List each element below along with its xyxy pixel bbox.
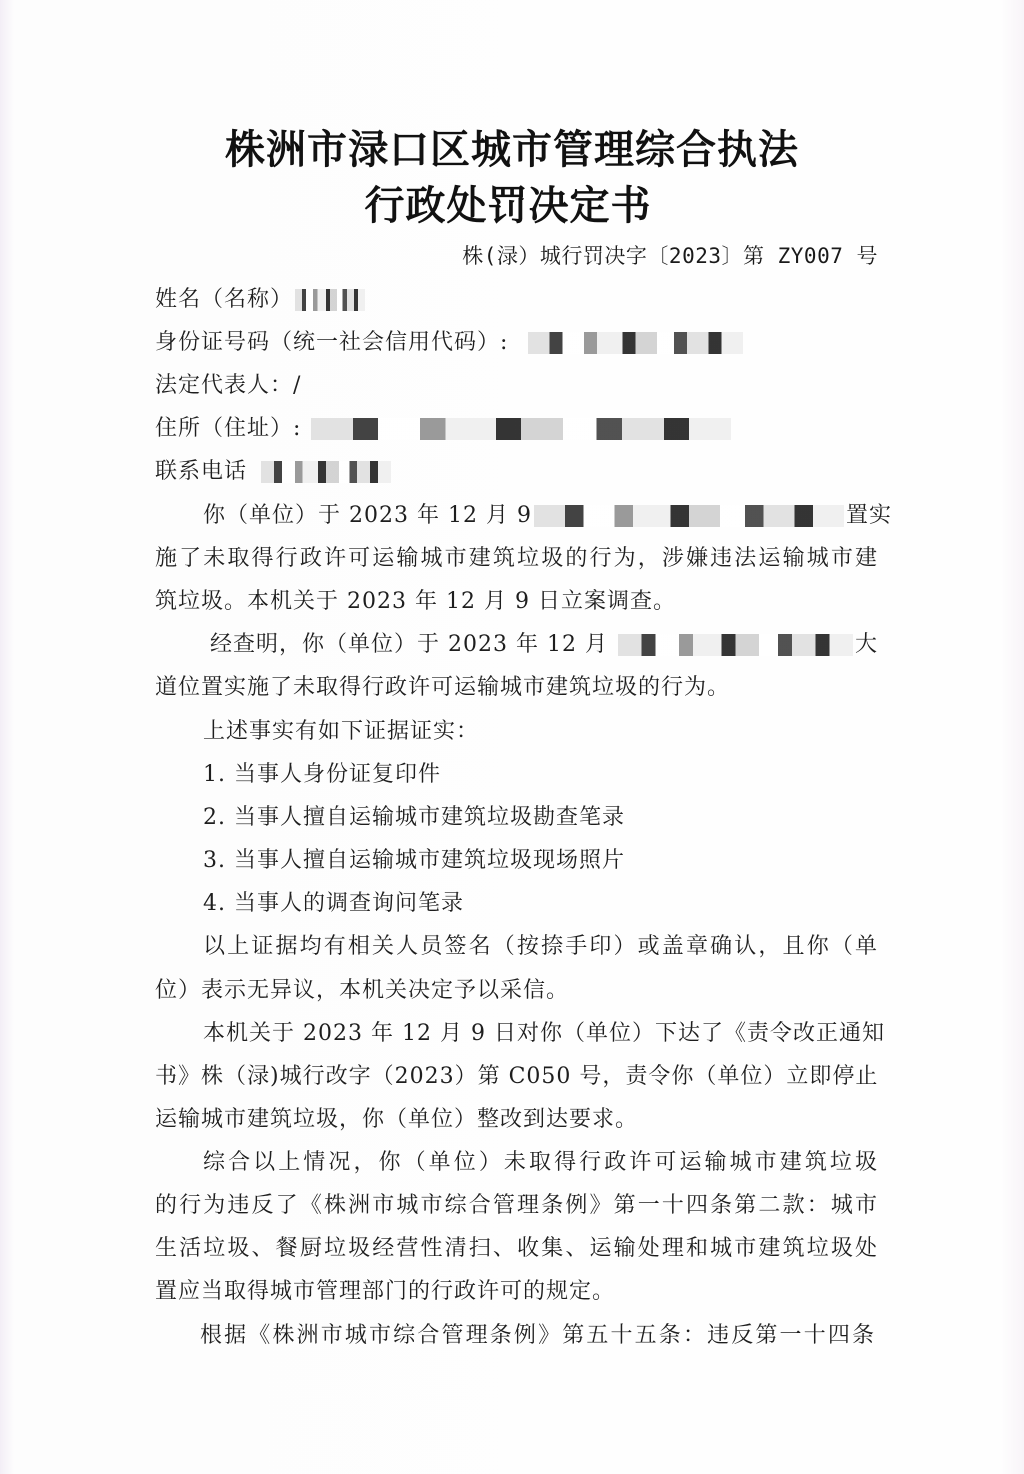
paragraph-3-line-1: 以上证据均有相关人员签名（按捺手印）或盖章确认，且你（单 [203, 932, 878, 962]
paragraph-text: 你（单位）于 2023 年 12 月 9 [203, 503, 532, 528]
paragraph-4-line-3: 运输城市建筑垃圾，你（单位）整改到达要求。 [155, 1105, 878, 1135]
redacted-name [295, 289, 365, 311]
evidence-item-1: 1. 当事人身份证复印件 [203, 760, 878, 790]
document-page: 株洲市渌口区城市管理综合执法 行政处罚决定书 株(渌）城行罚决字〔2023〕第 … [0, 0, 1024, 1474]
redacted-location [534, 505, 844, 527]
document-title-line1: 株洲市渌口区城市管理综合执法 [0, 118, 1024, 175]
field-id-label: 身份证号码（统一社会信用代码）: [155, 330, 508, 355]
field-phone-label: 联系电话 [155, 459, 247, 484]
paragraph-5-line-4: 置应当取得城市管理部门的行政许可的规定。 [155, 1277, 878, 1307]
evidence-item-2: 2. 当事人擅自运输城市建筑垃圾勘查笔录 [203, 803, 878, 833]
paragraph-text: 置实 [846, 503, 892, 528]
field-legal-rep-label: 法定代表人： [155, 373, 293, 398]
field-phone: 联系电话 [155, 457, 878, 487]
field-name-label: 姓名（名称） [155, 287, 293, 312]
paragraph-4-line-1: 本机关于 2023 年 12 月 9 日对你（单位）下达了《责令改正通知 [203, 1019, 878, 1049]
evidence-item-4: 4. 当事人的调查询问笔录 [203, 889, 878, 919]
document-number: 株(渌）城行罚决字〔2023〕第 ZY007 号 [462, 240, 878, 270]
redacted-phone [261, 461, 391, 483]
field-name: 姓名（名称） [155, 285, 878, 315]
field-address-label: 住所（住址）: [155, 416, 301, 441]
paragraph-1-line-2: 施了未取得行政许可运输城市建筑垃圾的行为，涉嫌违法运输城市建 [155, 544, 878, 574]
paragraph-5-line-3: 生活垃圾、餐厨垃圾经营性清扫、收集、运输处理和城市建筑垃圾处 [155, 1234, 878, 1264]
field-id-number: 身份证号码（统一社会信用代码）: [155, 328, 878, 358]
paragraph-2-line-1: 经查明，你（单位）于 2023 年 12 月大 [210, 630, 885, 660]
evidence-intro: 上述事实有如下证据证实： [203, 717, 878, 747]
redacted-location [618, 634, 853, 656]
paragraph-3-line-2: 位）表示无异议，本机关决定予以采信。 [155, 976, 878, 1006]
paragraph-1-line-3: 筑垃圾。本机关于 2023 年 12 月 9 日立案调查。 [155, 587, 878, 617]
field-legal-representative: 法定代表人：/ [155, 371, 878, 401]
paragraph-text: 经查明，你（单位）于 2023 年 12 月 [210, 632, 608, 657]
paragraph-5-line-1: 综合以上情况，你（单位）未取得行政许可运输城市建筑垃圾 [203, 1148, 878, 1178]
field-address: 住所（住址）: [155, 414, 878, 444]
paragraph-4-line-2: 书》株（渌)城行改字（2023）第 C050 号，责令你（单位）立即停止 [155, 1062, 878, 1092]
redacted-address [311, 418, 731, 440]
paragraph-text: 大 [855, 632, 878, 657]
paragraph-1-line-1: 你（单位）于 2023 年 12 月 9置实 [203, 501, 878, 531]
paragraph-6-line-1: 根据《株洲市城市综合管理条例》第五十五条：违反第一十四条 [200, 1321, 875, 1351]
document-title-line2: 行政处罚决定书 [0, 174, 1020, 231]
field-legal-rep-value: / [293, 373, 301, 398]
evidence-item-3: 3. 当事人擅自运输城市建筑垃圾现场照片 [203, 846, 878, 876]
paragraph-2-line-2: 道位置实施了未取得行政许可运输城市建筑垃圾的行为。 [155, 673, 878, 703]
paragraph-5-line-2: 的行为违反了《株洲市城市综合管理条例》第一十四条第二款：城市 [155, 1191, 878, 1221]
redacted-id-number [528, 332, 743, 354]
